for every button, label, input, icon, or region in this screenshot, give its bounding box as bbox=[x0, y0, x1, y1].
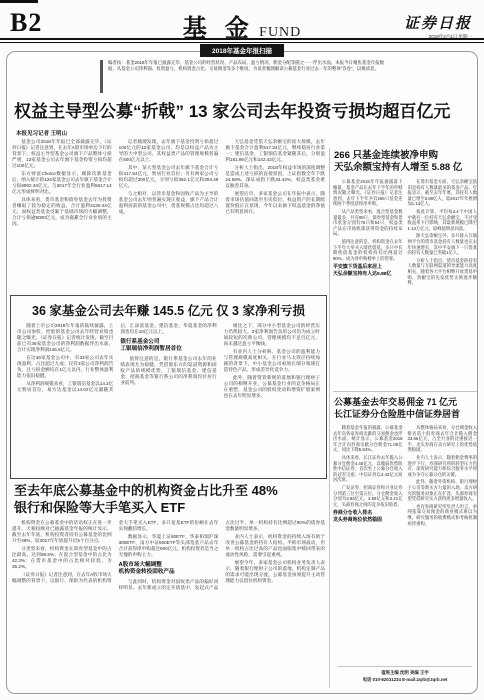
body-paragraph: 其中，某大型基金公司去年旗下基金合计亏损417.54亿元，暂居行业首位；另有两家… bbox=[119, 165, 219, 189]
inline-subhead: 银行系基金公司 工银瑞信净利润暂居首位 bbox=[120, 339, 216, 353]
newspaper-page: B2 基 金 FUND 证券日报 2019年4月1日 星期一 2018年基金年报… bbox=[0, 0, 484, 700]
header-rule bbox=[0, 38, 484, 43]
subhead-line: 银行系基金公司 bbox=[120, 339, 216, 346]
masthead: 证券日报 2019年4月1日 星期一 bbox=[404, 12, 472, 40]
inline-subhead: A股市场大幅调整 机构资金转投固收产品 bbox=[119, 562, 219, 576]
editor-note: 编者按：基金2018年年报已披露完毕，基金公司的经营状况、产品布局、盈亏情况、佣… bbox=[100, 60, 384, 93]
inline-subhead: 券商分仓收入排名 龙头券商地位依然稳固 bbox=[333, 511, 403, 524]
lead-body: 基金公司2018年年报已全部披露完毕，《证券日报》记者注意到，在去年A股市场单边… bbox=[12, 139, 325, 291]
editor-contact-line: 电话 010-82031234 E-mail:zqrb@zqrb.net bbox=[338, 677, 472, 684]
headline-line: 长江证券分仓险胜中信证券居首 bbox=[334, 408, 476, 420]
right-top-headline: 266 只基金连续被净申购 天弘余额宝持有人增至 5.88 亿 bbox=[334, 150, 476, 174]
boxed-article-body: 随着上市公司2018年年报的陆续披露，上市公司参股、控股的基金公司去年经营业绩也… bbox=[17, 323, 320, 473]
body-paragraph: 业内人士表示，机构资金的持续入场有助于改善公募基金的持有人结构、平抑市场波动，但… bbox=[225, 534, 325, 558]
body-paragraph: 东方财富Choice数据显示，剔除次新基金后，纳入统计的124家基金公司去年旗下… bbox=[12, 171, 112, 195]
subhead-line: 龙头券商地位依然稳固 bbox=[333, 518, 403, 524]
topic-banner: 2018年基金年报扫描 bbox=[200, 44, 284, 57]
body-paragraph: 值得注意的是，机构资金在去年下半年大举买入绩优债基，多只中长期纯债基金的机构持有… bbox=[333, 239, 403, 261]
body-paragraph: 基金公司2018年年报已全部披露完毕，《证券日报》记者注意到，在去年A股市场单边… bbox=[12, 139, 112, 169]
body-paragraph: 机构资金在公募基金中的话语权正在进一步提升。天相投顾对已披露基金年报的统计显示，… bbox=[12, 520, 112, 544]
lead-byline: 本报见习记者 王明山 bbox=[16, 129, 67, 137]
subhead-line: 机构资金转投固收产品 bbox=[119, 569, 219, 576]
body-paragraph: 具体来看，货币基金和债券基金去年为投资者赚取了较为稳定的收益，合计盈利3130.… bbox=[12, 197, 112, 227]
body-paragraph: 分类型来看，机构资金在债券型基金中的占比最高，达到88.5%；在混合型基金中的占… bbox=[12, 546, 112, 570]
right-bottom-body: 随着基金年报的披露，公募基金去年向各家券商贡献的交易佣金也浮出水面。统计显示，公… bbox=[333, 425, 477, 663]
body-paragraph: 随着上市公司2018年年报的陆续披露，上市公司参股、控股的基金公司去年经营业绩也… bbox=[17, 323, 113, 353]
body-paragraph: 与之相对，以货币基金和固收产品为主导的基金公司去年则普遍实现正收益，旗下产品合计… bbox=[119, 191, 219, 215]
editor-contact-box: 值班主编 沈明 美编 王宇 电话 010-82031234 E-mail:zqr… bbox=[338, 666, 472, 683]
body-paragraph: 从整体格局来看，分仓佣金收入排名前十的券商去年合计揽入佣金33.66亿元，占全行… bbox=[408, 425, 478, 453]
right-column-divider bbox=[333, 391, 477, 392]
body-paragraph: 有业内人士分析称，基金公司的盈利能力与管理规模高度相关，在行业马太效应持续加剧的… bbox=[224, 349, 320, 373]
body-paragraph: 数据显示，华夏上证50ETF、华泰柏瑞沪深300ETF、南方中证500ETF等头… bbox=[119, 534, 219, 558]
boxed-article: 36 家基金公司去年赚 145.5 亿元 仅 3 家净利亏损 随着上市公司201… bbox=[10, 295, 327, 479]
right-bottom-headline: 公募基金去年交易佣金 71 亿元 长江证券分仓险胜中信证券居首 bbox=[334, 396, 476, 420]
headline-line: 公募基金去年交易佣金 71 亿元 bbox=[334, 396, 476, 408]
body-paragraph: 分析人士指出，货币基金的持有人数量与互联网渠道的导流能力高度相关，随着各大平台相… bbox=[408, 258, 478, 286]
body-paragraph: 具体来看，长江证券去年揽入公募分仓佣金4.48亿元，以微弱优势险胜中信证券，首次… bbox=[333, 455, 403, 483]
body-paragraph: 业内人士表示，随着佣金费率的逐步下行，券商研究所的转型压力仍存，深度研究能力和综… bbox=[408, 455, 478, 477]
headline-line: 银行和保险等大手笔买入 ETF bbox=[14, 500, 326, 517]
fold-mark bbox=[0, 0, 38, 3]
body-paragraph: 公募基金2018年年报披露落下帷幕，基金产品在去年下半年的申赎情况随之曝光。《证… bbox=[333, 179, 403, 207]
inline-subhead: 平安旗下货基后来居上 天弘余额宝持有人达5.88亿 bbox=[333, 265, 403, 278]
subhead-line: 天弘余额宝持有人达5.88亿 bbox=[333, 272, 403, 278]
body-paragraph: 在这36家基金公司中，有33家公司去年实现盈利，占比超过九成；仅有3家公司净利润… bbox=[17, 355, 113, 379]
masthead-logo: 证券日报 bbox=[404, 12, 472, 33]
headline-line: 266 只基金连续被净申购 bbox=[334, 150, 476, 162]
column-divider bbox=[329, 148, 330, 688]
bottom-article-body: 机构资金在公募基金中的话语权正在进一步提升。天相投顾对已披露基金年报的统计显示，… bbox=[12, 520, 325, 686]
body-paragraph: 也有券商研究所负责人坦言，单纯依靠交易佣金的商业模式难以为继，研究服务的收费模式… bbox=[408, 504, 478, 526]
bottom-article-headline: 至去年底公募基金中的机构资金占比升至 48% 银行和保险等大手笔买入 ETF bbox=[14, 483, 326, 516]
body-paragraph: 除天弘余额宝外，多只接入互联网平台的货币基金持有人数量也在去年快速增长，其中平安… bbox=[408, 233, 478, 255]
body-paragraph: 按此计算，平均每2.4个中国人中就有一位持有天弘余额宝。不过受收益率下行影响，其… bbox=[408, 209, 478, 231]
lead-headline: 权益主导型公募“折戟” 13 家公司去年投资亏损均超百亿元 bbox=[14, 97, 472, 122]
subhead-line: 工银瑞信净利润暂居首位 bbox=[120, 346, 216, 353]
body-paragraph: 此外，随着资管新规的落地和银行理财子公司的相继开业，公募基金行业的竞争格局正在重… bbox=[224, 375, 320, 399]
body-paragraph: 记者梳理发现，去年旗下基金投资亏损超过100亿元的13家基金公司，均是以权益产品… bbox=[119, 139, 219, 163]
boxed-article-headline: 36 家基金公司去年赚 145.5 亿元 仅 3 家净利亏损 bbox=[15, 301, 322, 319]
body-paragraph: 展望后市，多家基金公司在年报中表示，随着市场估值回落至历史低位，权益资产的长期配… bbox=[225, 191, 325, 215]
subhead-line: A股市场大幅调整 bbox=[119, 562, 219, 569]
body-paragraph: 随着基金年报的披露，公募基金去年向各家券商贡献的交易佣金也浮出水面。统计显示，公… bbox=[333, 425, 403, 453]
headline-line: 天弘余额宝持有人增至 5.88 亿 bbox=[334, 162, 476, 174]
body-paragraph: 展望今年，多家基金公司机构业务负责人表示，随着银行理财子公司的落地，机构定制产品… bbox=[225, 560, 325, 584]
body-paragraph: 在货币基金方面，天弘余额宝依旧是持有人数量最多的基金产品。年报显示，截至去年年底… bbox=[408, 179, 478, 207]
body-paragraph: 分析人士指出，2018年权益市场的深度调整是造成上述亏损的直接原因，上证指数全年… bbox=[225, 165, 325, 189]
right-top-body: 公募基金2018年年报披露落下帷幕，基金产品在去年下半年的申赎情况随之曝光。《证… bbox=[333, 179, 477, 387]
body-paragraph: 值得注意的是，银行系基金公司去年的业绩表现尤为稳健。凭借股东方的渠道资源和固收产… bbox=[120, 356, 216, 386]
headline-line: 至去年底公募基金中的机构资金占比升至 48% bbox=[14, 483, 326, 500]
body-paragraph: 广发证券、招商证券和兴业证券分列第三位至第五位，分仓佣金收入分别为3.93亿元、… bbox=[333, 485, 403, 507]
body-paragraph: 从产品类型来看，混合型基金数量最多，共有98只；债券型基金和货币基金分别有76只… bbox=[333, 209, 403, 237]
body-paragraph: 相比之下，部分中小型基金公司的经营压力仍然较大。3家净利润告负的公司均为成立时间… bbox=[224, 323, 320, 347]
body-paragraph: 此外，随着外资机构、银行理财子公司等新买方力量的入场，卖方研究的服务对象正在扩容… bbox=[408, 479, 478, 501]
body-paragraph: 天弘基金凭借天弘余额宝的庞大规模，去年旗下基金合计盈利517.34亿元，继续稳居… bbox=[225, 139, 325, 163]
